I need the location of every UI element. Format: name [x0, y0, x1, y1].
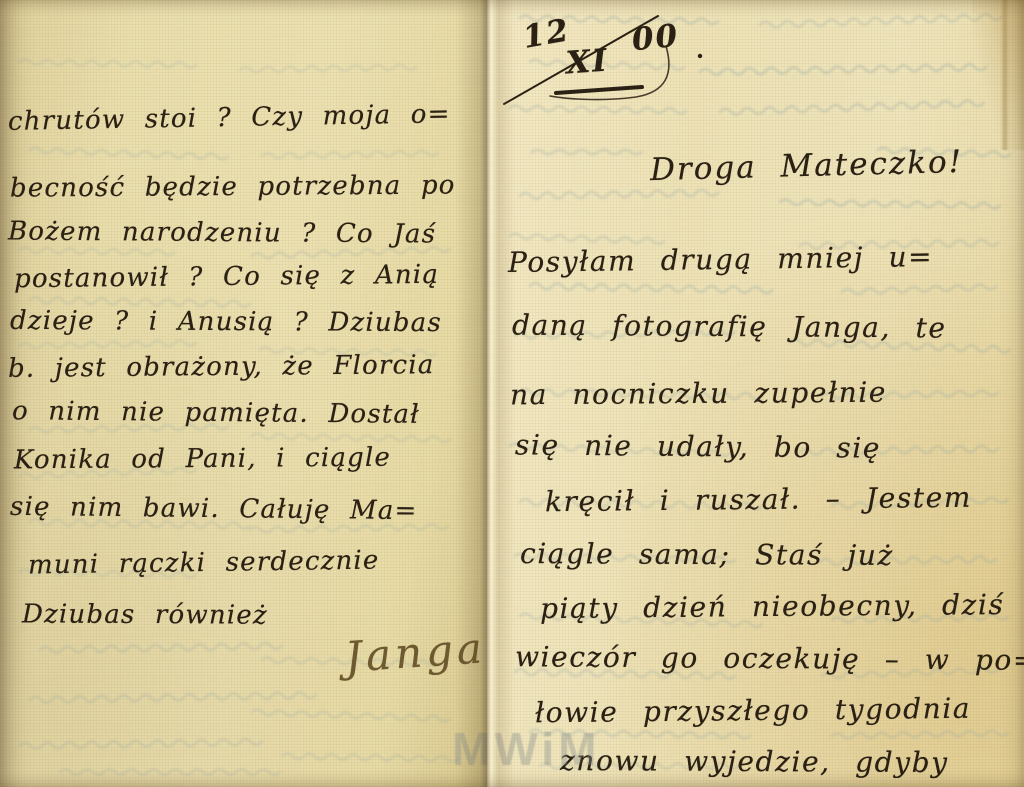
handwriting-line: się nim bawi. Całuję Ma= — [10, 492, 418, 526]
handwriting-line: piąty dzień nieobecny, dziś — [540, 588, 1005, 625]
handwriting-line: becność będzie potrzebna po — [10, 170, 456, 203]
handwriting-line: Posyłam drugą mniej u= — [508, 240, 934, 279]
handwriting-line: Dziubas również — [22, 599, 268, 630]
handwriting-line: znowu wyjedzie, gdyby — [560, 744, 949, 779]
handwriting-line: kręcił i ruszał. – Jestem — [545, 481, 972, 518]
handwriting-line: b. jest obrażony, że Florcia — [8, 350, 435, 384]
handwriting-line: Konika od Pani, i ciągle — [14, 443, 391, 476]
handwriting-line: daną fotografię Janga, te — [512, 308, 947, 344]
letter-scan: chrutów stoi ? Czy moja o= becność będzi… — [0, 0, 1024, 787]
signature: Janga — [343, 623, 487, 682]
date-year: 00 — [630, 18, 681, 59]
handwriting-line: Bożem narodzeniu ? Co Jaś — [8, 217, 436, 250]
handwriting-line: się nie udały, bo się — [515, 428, 881, 464]
handwriting-line: wieczór go oczekuję – w po= — [515, 640, 1024, 677]
handwriting-line: dzieje ? i Anusią ? Dziubas — [10, 306, 442, 338]
watermark: MWiM — [452, 722, 600, 776]
handwriting-line: na nocniczku zupełnie — [510, 376, 887, 412]
handwriting-line: muni rączki serdecznie — [28, 546, 380, 581]
handwriting-line: postanowił ? Co się z Anią — [14, 260, 439, 294]
handwriting-line: o nim nie pamięta. Dostał — [12, 396, 420, 430]
handwriting-line: ciągle sama; Staś już — [520, 537, 894, 572]
date-month: XI — [565, 43, 610, 82]
